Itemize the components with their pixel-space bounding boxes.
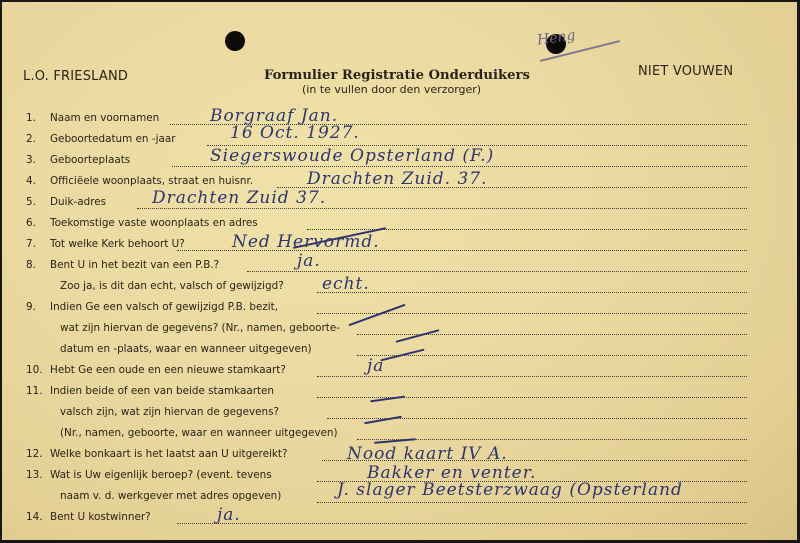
question-number: 7. xyxy=(26,238,36,250)
question-label: Geboortedatum en -jaar xyxy=(50,133,175,145)
form-subtitle: (in te vullen door den verzorger) xyxy=(302,83,481,96)
question-number: 14. xyxy=(26,511,43,523)
question-number: 8. xyxy=(26,259,36,271)
question-number: 10. xyxy=(26,364,43,376)
handwritten-answer: ja xyxy=(367,356,384,376)
question-label: (Nr., namen, geboorte, waar en wanneer u… xyxy=(60,427,338,439)
question-label: Bent U kostwinner? xyxy=(50,511,151,523)
handwritten-answer: echt. xyxy=(322,274,370,294)
answer-line[interactable] xyxy=(317,502,747,503)
question-label: Bent U in het bezit van een P.B.? xyxy=(50,259,219,271)
question-label: wat zijn hiervan de gegevens? (Nr., name… xyxy=(60,322,340,334)
question-label: Indien beide of een van beide stamkaarte… xyxy=(50,385,274,397)
answer-line[interactable] xyxy=(137,208,747,209)
question-number: 4. xyxy=(26,175,36,187)
question-number: 6. xyxy=(26,217,36,229)
question-label: Wat is Uw eigenlijk beroep? (event. teve… xyxy=(50,469,272,481)
question-number: 9. xyxy=(26,301,36,313)
question-number: 11. xyxy=(26,385,43,397)
handwritten-signature: Heng xyxy=(536,27,576,48)
handwritten-answer: Siegerswoude Opsterland (F.) xyxy=(210,146,494,166)
question-label: Toekomstige vaste woonplaats en adres xyxy=(50,217,258,229)
handwritten-dash-mark xyxy=(396,329,440,343)
question-label: Tot welke Kerk behoort U? xyxy=(50,238,185,250)
form-title: Formulier Registratie Onderduikers xyxy=(264,68,530,83)
do-not-fold-notice: NIET VOUWEN xyxy=(638,64,733,79)
question-label: valsch zijn, wat zijn hiervan de gegeven… xyxy=(60,406,279,418)
handwritten-answer: J. slager Beetsterzwaag (Opsterland xyxy=(337,480,683,500)
handwritten-answer: Nood kaart IV A. xyxy=(347,444,508,464)
question-number: 12. xyxy=(26,448,43,460)
registration-form-card: Heng L.O. FRIESLAND Formulier Registrati… xyxy=(2,2,797,540)
punch-hole-left xyxy=(225,31,245,51)
answer-line[interactable] xyxy=(317,376,747,377)
handwritten-answer: 16 Oct. 1927. xyxy=(230,123,360,143)
handwritten-answer: ja. xyxy=(297,251,321,271)
question-label: Geboorteplaats xyxy=(50,154,130,166)
question-label: Welke bonkaart is het laatst aan U uitge… xyxy=(50,448,287,460)
question-label: Hebt Ge een oude en een nieuwe stamkaart… xyxy=(50,364,286,376)
question-number: 2. xyxy=(26,133,36,145)
answer-line[interactable] xyxy=(357,355,747,356)
question-number: 3. xyxy=(26,154,36,166)
answer-line[interactable] xyxy=(317,292,747,293)
question-label: Zoo ja, is dit dan echt, valsch of gewij… xyxy=(60,280,284,292)
answer-line[interactable] xyxy=(172,166,747,167)
question-label: datum en -plaats, waar en wanneer uitgeg… xyxy=(60,343,312,355)
question-label: Officiëele woonplaats, straat en huisnr. xyxy=(50,175,253,187)
question-label: Indien Ge een valsch of gewijzigd P.B. b… xyxy=(50,301,278,313)
handwritten-answer: Ned Hervormd. xyxy=(232,232,380,252)
handwritten-answer: Drachten Zuid. 37. xyxy=(307,169,488,189)
handwritten-dash-mark xyxy=(364,416,402,425)
question-number: 5. xyxy=(26,196,36,208)
handwritten-answer: ja. xyxy=(217,505,241,525)
question-label: Naam en voornamen xyxy=(50,112,159,124)
question-label: Duik-adres xyxy=(50,196,106,208)
question-label: naam v. d. werkgever met adres opgeven) xyxy=(60,490,281,502)
question-number: 13. xyxy=(26,469,43,481)
handwritten-dash-mark xyxy=(348,304,405,326)
answer-line[interactable] xyxy=(247,271,747,272)
organization-label: L.O. FRIESLAND xyxy=(23,69,128,84)
handwritten-answer: Drachten Zuid 37. xyxy=(152,188,326,208)
question-number: 1. xyxy=(26,112,36,124)
answer-line[interactable] xyxy=(177,523,747,524)
